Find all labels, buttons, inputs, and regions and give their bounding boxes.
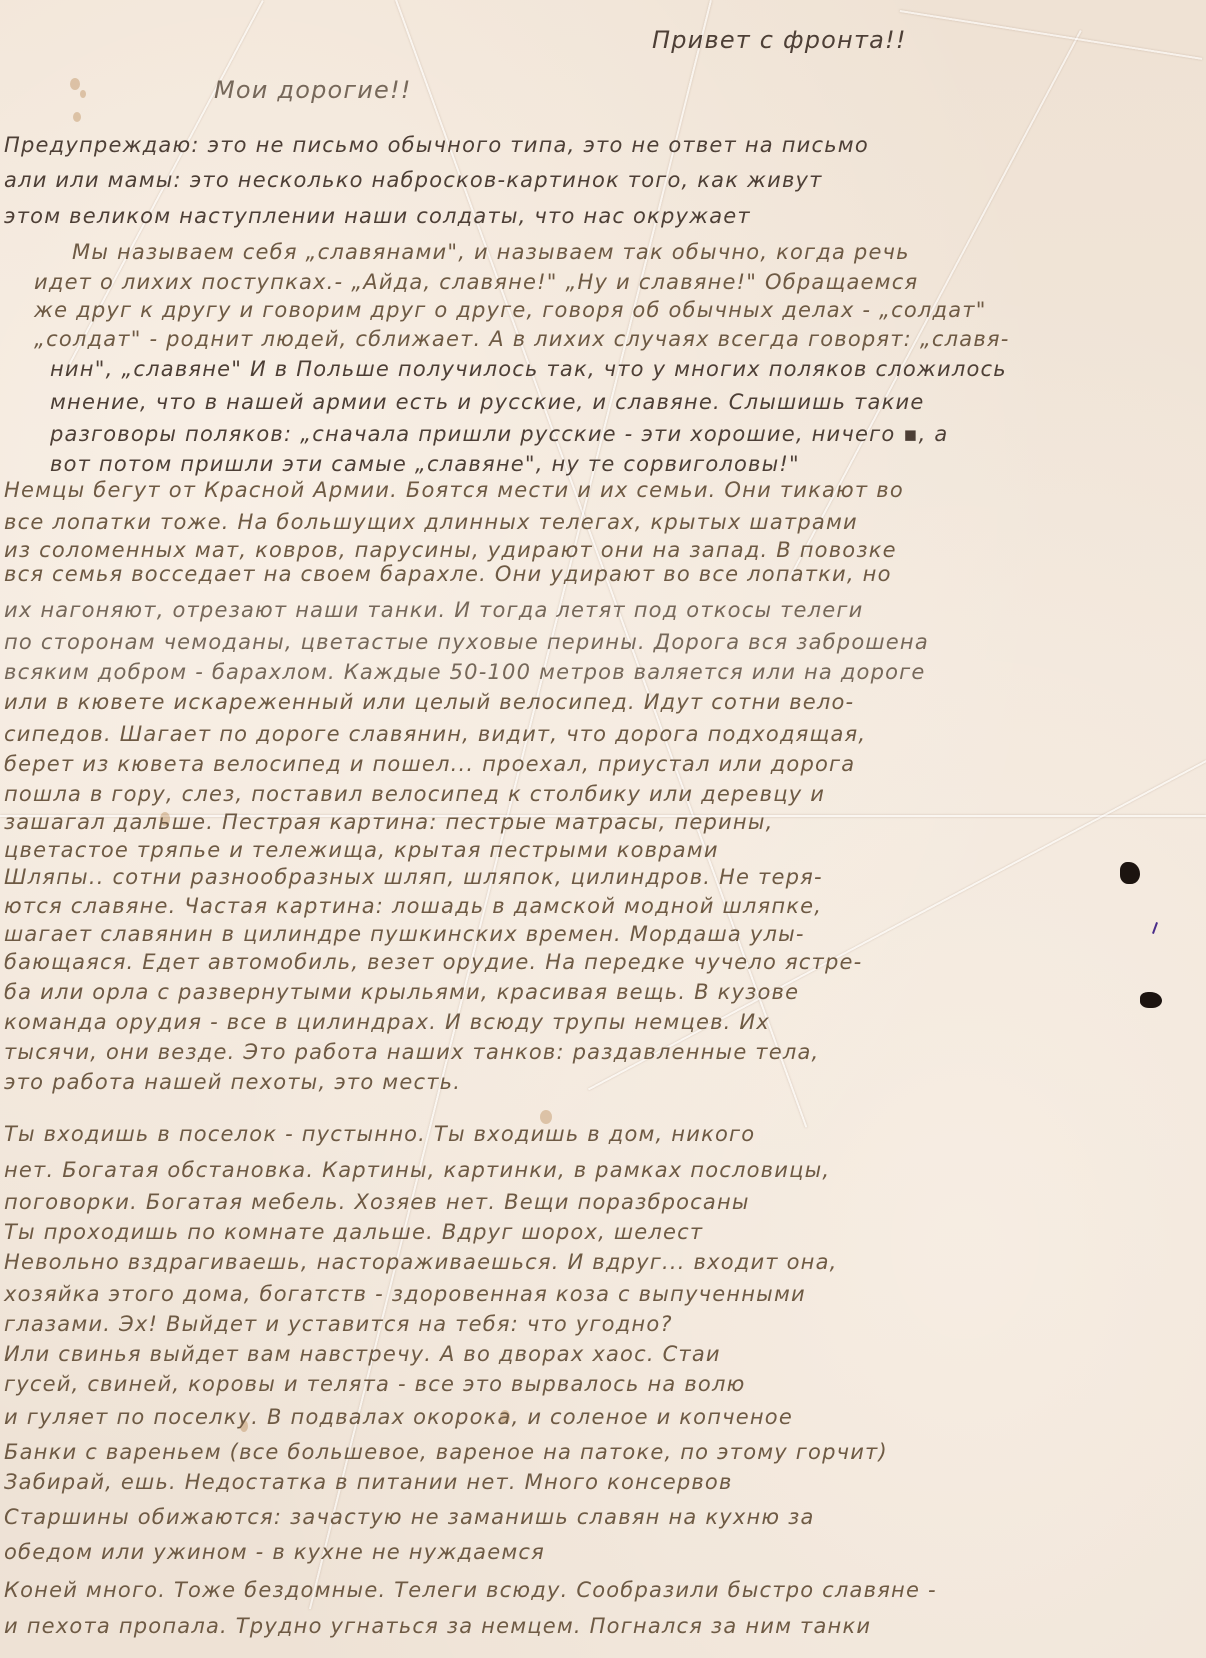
text-line: глазами. Эх! Выйдет и уставится на тебя:… — [4, 1312, 673, 1336]
letter-title: Привет с фронта!! — [652, 26, 907, 54]
text-line: бающаяся. Едет автомобиль, везет орудие.… — [4, 950, 862, 974]
ink-stain — [70, 78, 80, 90]
ink-stain — [80, 90, 86, 98]
text-line: Шляпы.. сотни разнообразных шляп, шляпок… — [4, 865, 823, 889]
text-line: Невольно вздрагиваешь, настораживаешься.… — [4, 1250, 838, 1274]
text-line: Старшины обижаются: зачастую не заманишь… — [4, 1505, 815, 1529]
text-line: Банки с вареньем (все большевое, вареное… — [4, 1440, 888, 1464]
text-line: „солдат" - роднит людей, сближает. А в л… — [34, 327, 1010, 351]
text-line: али или мамы: это несколько набросков-ка… — [4, 168, 823, 192]
ink-blot — [1140, 992, 1162, 1008]
text-line: сипедов. Шагает по дороге славянин, види… — [4, 722, 866, 746]
text-line: тысячи, они везде. Это работа наших танк… — [4, 1040, 819, 1064]
text-line: обедом или ужином - в кухне не нуждаемся — [4, 1540, 545, 1564]
text-line: зашагал дальше. Пестрая картина: пестрые… — [4, 810, 773, 834]
text-line: хозяйка этого дома, богатств - здоровенн… — [4, 1282, 806, 1306]
text-line: Ты проходишь по комнате дальше. Вдруг шо… — [4, 1220, 703, 1244]
text-line: разговоры поляков: „сначала пришли русск… — [50, 422, 949, 446]
text-line: вся семья восседает на своем барахле. Он… — [4, 562, 892, 586]
text-line: цветастое тряпье и тележища, крытая пест… — [4, 838, 719, 862]
text-line: идет о лихих поступках.- „Айда, славяне!… — [34, 270, 918, 294]
text-line: Мы называем себя „славянами", и называем… — [72, 240, 910, 264]
text-line: Предупреждаю: это не письмо обычного тип… — [4, 133, 869, 157]
text-line: нин", „славяне" И в Польше получилось та… — [50, 357, 1007, 381]
text-line: берет из кювета велосипед и пошел... про… — [4, 752, 855, 776]
text-line: ются славяне. Частая картина: лошадь в д… — [4, 894, 822, 918]
letter-salutation: Мои дорогие!! — [214, 76, 412, 104]
text-line: вот потом пришли эти самые „славяне", ну… — [50, 452, 800, 476]
text-line: команда орудия - все в цилиндрах. И всюд… — [4, 1010, 770, 1034]
text-line: Коней много. Тоже бездомные. Телеги всюд… — [4, 1578, 937, 1602]
text-line: и пехота пропала. Трудно угнаться за нем… — [4, 1614, 871, 1638]
text-line: мнение, что в нашей армии есть и русские… — [50, 390, 924, 414]
text-line: же друг к другу и говорим друг о друге, … — [34, 298, 987, 322]
text-line: по сторонам чемоданы, цветастые пуховые … — [4, 630, 929, 654]
text-line: из соломенных мат, ковров, парусины, уди… — [4, 538, 897, 562]
text-line: всяким добром - барахлом. Каждые 50-100 … — [4, 660, 926, 684]
text-line: ба или орла с развернутыми крыльями, кра… — [4, 980, 799, 1004]
text-line: нет. Богатая обстановка. Картины, картин… — [4, 1158, 830, 1182]
text-line: это работа нашей пехоты, это месть. — [4, 1070, 461, 1094]
text-line: поговорки. Богатая мебель. Хозяев нет. В… — [4, 1190, 750, 1214]
ink-stain — [73, 112, 81, 122]
text-line: гусей, свиней, коровы и телята - все это… — [4, 1372, 745, 1396]
text-line: их нагоняют, отрезают наши танки. И тогд… — [4, 598, 864, 622]
text-line: все лопатки тоже. На большущих длинных т… — [4, 510, 858, 534]
text-line: Немцы бегут от Красной Армии. Боятся мес… — [4, 478, 904, 502]
text-line: и гуляет по поселку. В подвалах окорока,… — [4, 1405, 793, 1429]
text-line: Забирай, ешь. Недостатка в питании нет. … — [4, 1470, 733, 1494]
text-line: Ты входишь в поселок - пустынно. Ты вход… — [4, 1122, 755, 1146]
text-line: Или свинья выйдет вам навстречу. А во дв… — [4, 1342, 721, 1366]
text-line: этом великом наступлении наши солдаты, ч… — [4, 204, 751, 228]
text-line: пошла в гору, слез, поставил велосипед к… — [4, 782, 825, 806]
text-line: или в кювете искареженный или целый вело… — [4, 690, 854, 714]
text-line: шагает славянин в цилиндре пушкинских вр… — [4, 922, 805, 946]
ink-blot — [1120, 862, 1140, 884]
